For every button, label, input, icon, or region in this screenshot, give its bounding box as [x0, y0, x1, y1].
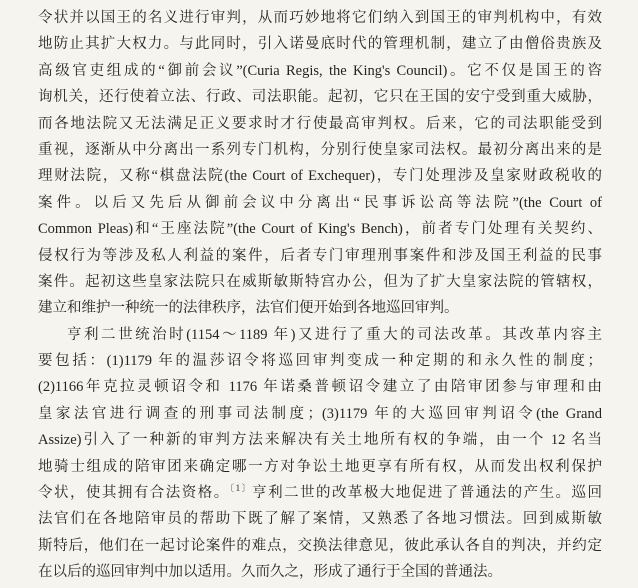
text-line-paragraph-end: 建立和维护一种统一的法律秩序，法官们便开始到各地巡回审判。 — [38, 295, 602, 321]
text-line: 斯特后，他们在一起讨论案件的难点，交换法律意见，彼此承认各自的判决，并约定 — [38, 533, 602, 559]
text-line: 皇家法官进行调查的刑事司法制度；(3)1179 年的大巡回审判诏令(the Gr… — [38, 401, 602, 427]
text-line: 案件。起初这些皇家法院只在威斯敏斯特宫办公，但为了扩大皇家法院的管辖权， — [38, 269, 602, 295]
text-line: 侵权行为等涉及私人利益的案件，后者专门审理刑事案件和涉及国王利益的民事 — [38, 243, 602, 269]
text-line: 地骑士组成的陪审团来确定哪一方对争讼土地更享有所有权，从而发出权利保护 — [38, 454, 602, 480]
text-line: 询机关，还行使着立法、行政、司法职能。起初，它只在王国的安宁受到重大威胁， — [38, 84, 602, 110]
text-line: 法官们在各地陪审员的帮助下既了解了案情，又熟悉了各地习惯法。回到威斯敏 — [38, 506, 602, 532]
line-text: 亨利二世的改革极大地促进了普通法的产生。巡回 — [252, 485, 602, 501]
text-line-paragraph-end: 在以后的巡回审判中加以适用。久而久之，形成了通行于全国的普通法。 — [38, 559, 602, 585]
text-line: (2)1166年克拉灵顿诏令和 1176 年诺桑普顿诏令建立了由陪审团参与审理和… — [38, 374, 602, 400]
text-line: Assize)引入了一种新的审判方法来解决有关土地所有权的争端，由一个 12 名… — [38, 427, 602, 453]
text-line: 高级官吏组成的“御前会议”(Curia Regis, the King's Co… — [38, 58, 602, 84]
text-line: 地防止其扩大权力。与此同时，引入诺曼底时代的管理机制，建立了由僧俗贵族及 — [38, 31, 602, 57]
text-line: Common Pleas)和“王座法院”(the Court of King's… — [38, 216, 602, 242]
text-line: 理财法院，又称“棋盘法院(the Court of Exchequer)，专门处… — [38, 163, 602, 189]
text-line-paragraph-start: 亨利二世统治时(1154～1189 年)又进行了重大的司法改革。其改革内容主 — [38, 322, 602, 348]
text-line: 案件。以后又先后从御前会议中分离出“民事诉讼高等法院”(the Court of — [38, 190, 602, 216]
text-line-with-footnote: 令状，使其拥有合法资格。〔1〕亨利二世的改革极大地促进了普通法的产生。巡回 — [38, 480, 602, 506]
text-line: 令状并以国王的名义进行审判，从而巧妙地将它们纳入到国王的审判机构中，有效 — [38, 5, 602, 31]
footnote-marker: 〔1〕 — [230, 483, 252, 493]
line-text: 令状，使其拥有合法资格。 — [38, 485, 230, 501]
text-line: 而各地法院又无法满足正义要求时才行使最高审判权。后来，它的司法职能受到 — [38, 111, 602, 137]
text-line: 要包括：(1)1179 年的温莎诏令将巡回审判变成一种定期的和永久性的制度； — [38, 348, 602, 374]
text-line: 重视，逐渐从中分离出一系列专门机构，分别行使皇家司法权。最初分离出来的是 — [38, 137, 602, 163]
document-page: 令状并以国王的名义进行审判，从而巧妙地将它们纳入到国王的审判机构中，有效 地防止… — [0, 0, 638, 588]
